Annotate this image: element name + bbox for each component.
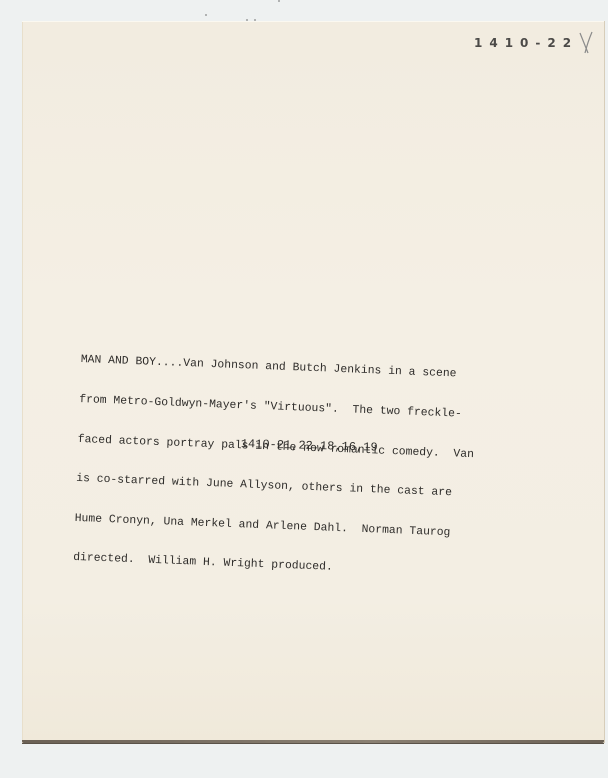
caption-text: MAN AND BOY....Van Johnson and Butch Jen…	[72, 328, 511, 595]
stamp-number: 1410-22	[474, 36, 578, 50]
caption-line: directed. William H. Wright produced.	[73, 552, 503, 582]
caption-line: Hume Cronyn, Una Merkel and Arlene Dahl.…	[74, 513, 504, 543]
dust-speck	[205, 14, 207, 16]
caption-line: from Metro-Goldwyn-Mayer's "Virtuous". T…	[79, 394, 509, 424]
caption-line: MAN AND BOY....Van Johnson and Butch Jen…	[80, 354, 510, 384]
dust-speck	[278, 0, 280, 2]
pencil-x-mark-icon	[578, 31, 594, 55]
caption-line: is co-starred with June Allyson, others …	[76, 473, 506, 503]
